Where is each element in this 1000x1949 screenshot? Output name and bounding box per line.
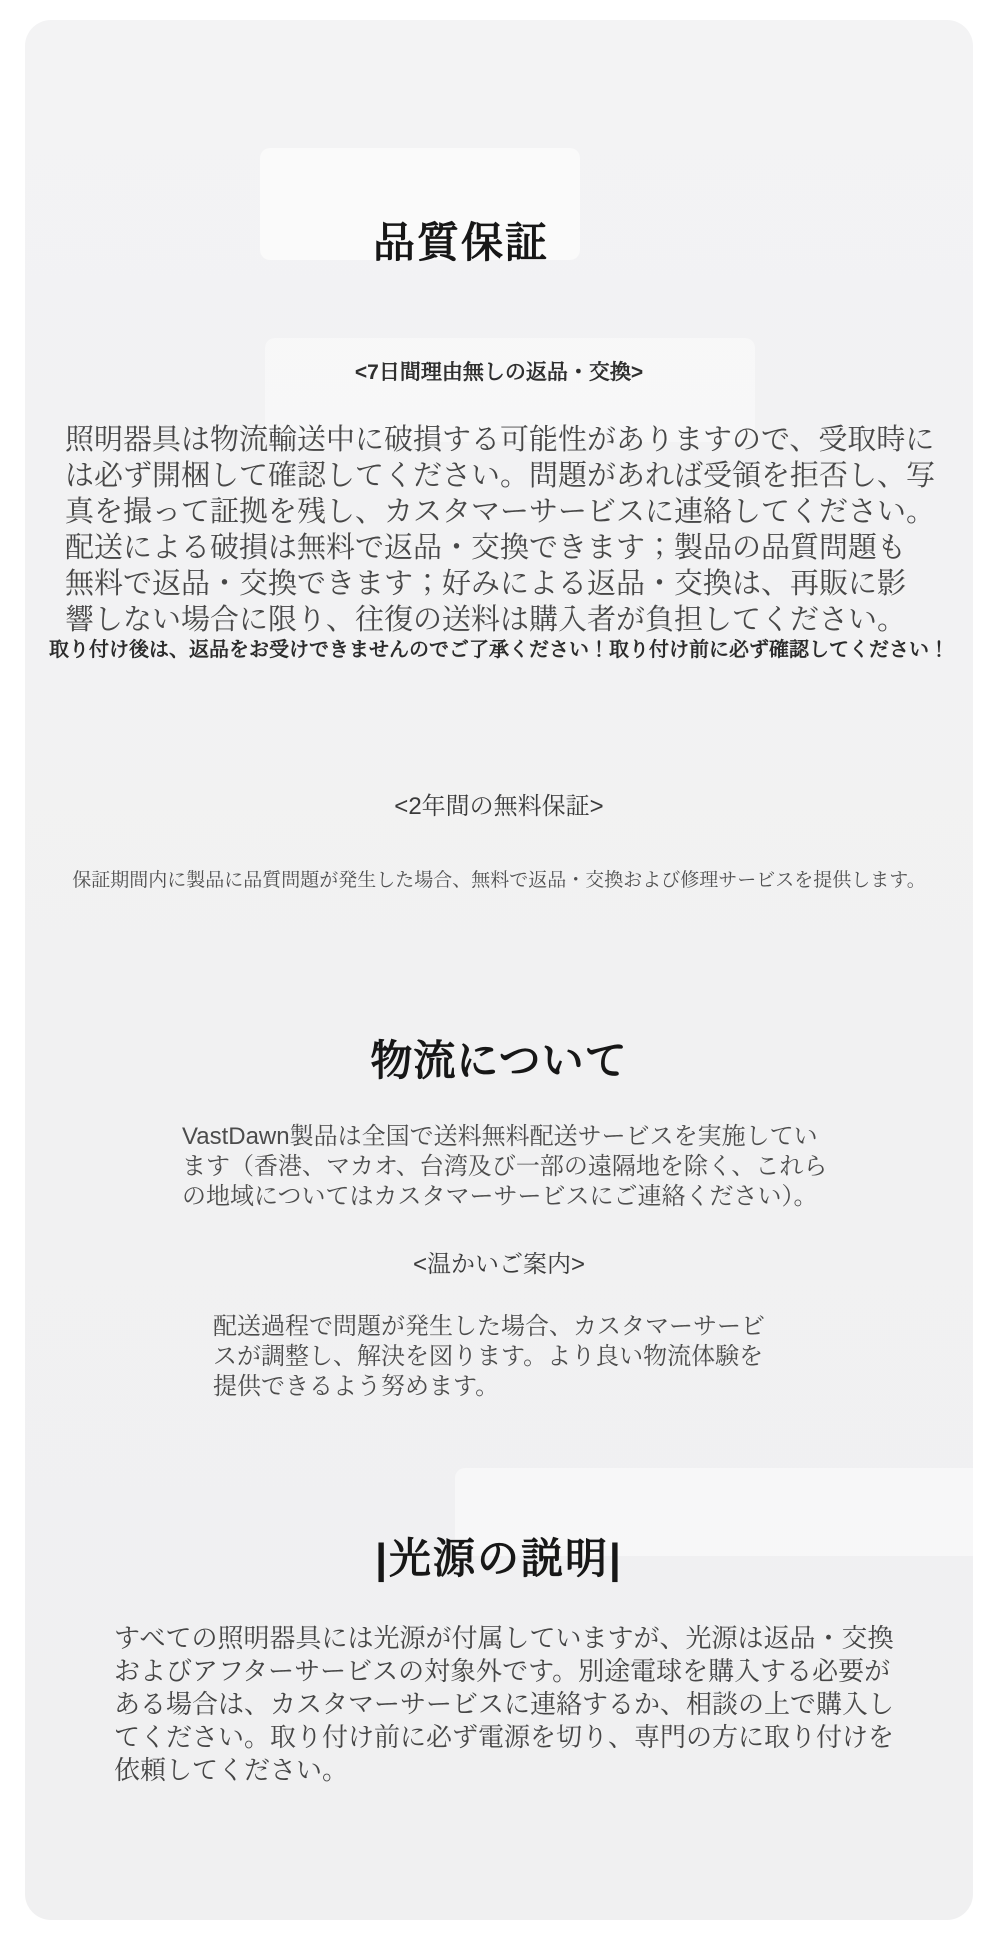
warranty-subtitle: <2年間の無料保証> [25,792,973,821]
logistics-title: 物流について [25,1038,973,1084]
return-exchange-subtitle: <7日間理由無しの返品・交換> [25,360,973,386]
logistics-body: VastDawn製品は全国で送料無料配送サービスを実施してい ます（香港、マカオ… [182,1122,882,1212]
quality-guarantee-title: 品質保証 [25,220,935,266]
guide-subtitle: <温かいご案内> [25,1250,973,1279]
light-source-title: |光源の説明| [25,1536,973,1582]
warranty-body: 保証期間内に製品に品質問題が発生した場合、無料で返品・交換および修理サービスを提… [25,869,973,893]
content-card: 品質保証 <7日間理由無しの返品・交換> 照明器具は物流輸送中に破損する可能性が… [25,20,973,1920]
installation-notice: 取り付け後は、返品をお受けできませんのでご了承ください！取り付け前に必ず確認して… [25,638,973,662]
light-source-body: すべての照明器具には光源が付属していますが、光源は返品・交換 およびアフターサー… [114,1622,944,1787]
return-exchange-body: 照明器具は物流輸送中に破損する可能性がありますので、受取時に は必ず開梱して確認… [65,422,960,638]
page-background: { "theme": { "page_bg": "#ffffff", "card… [0,0,1000,1949]
guide-body: 配送過程で問題が発生した場合、カスタマーサービ スが調整し、解決を図ります。より… [213,1312,833,1402]
